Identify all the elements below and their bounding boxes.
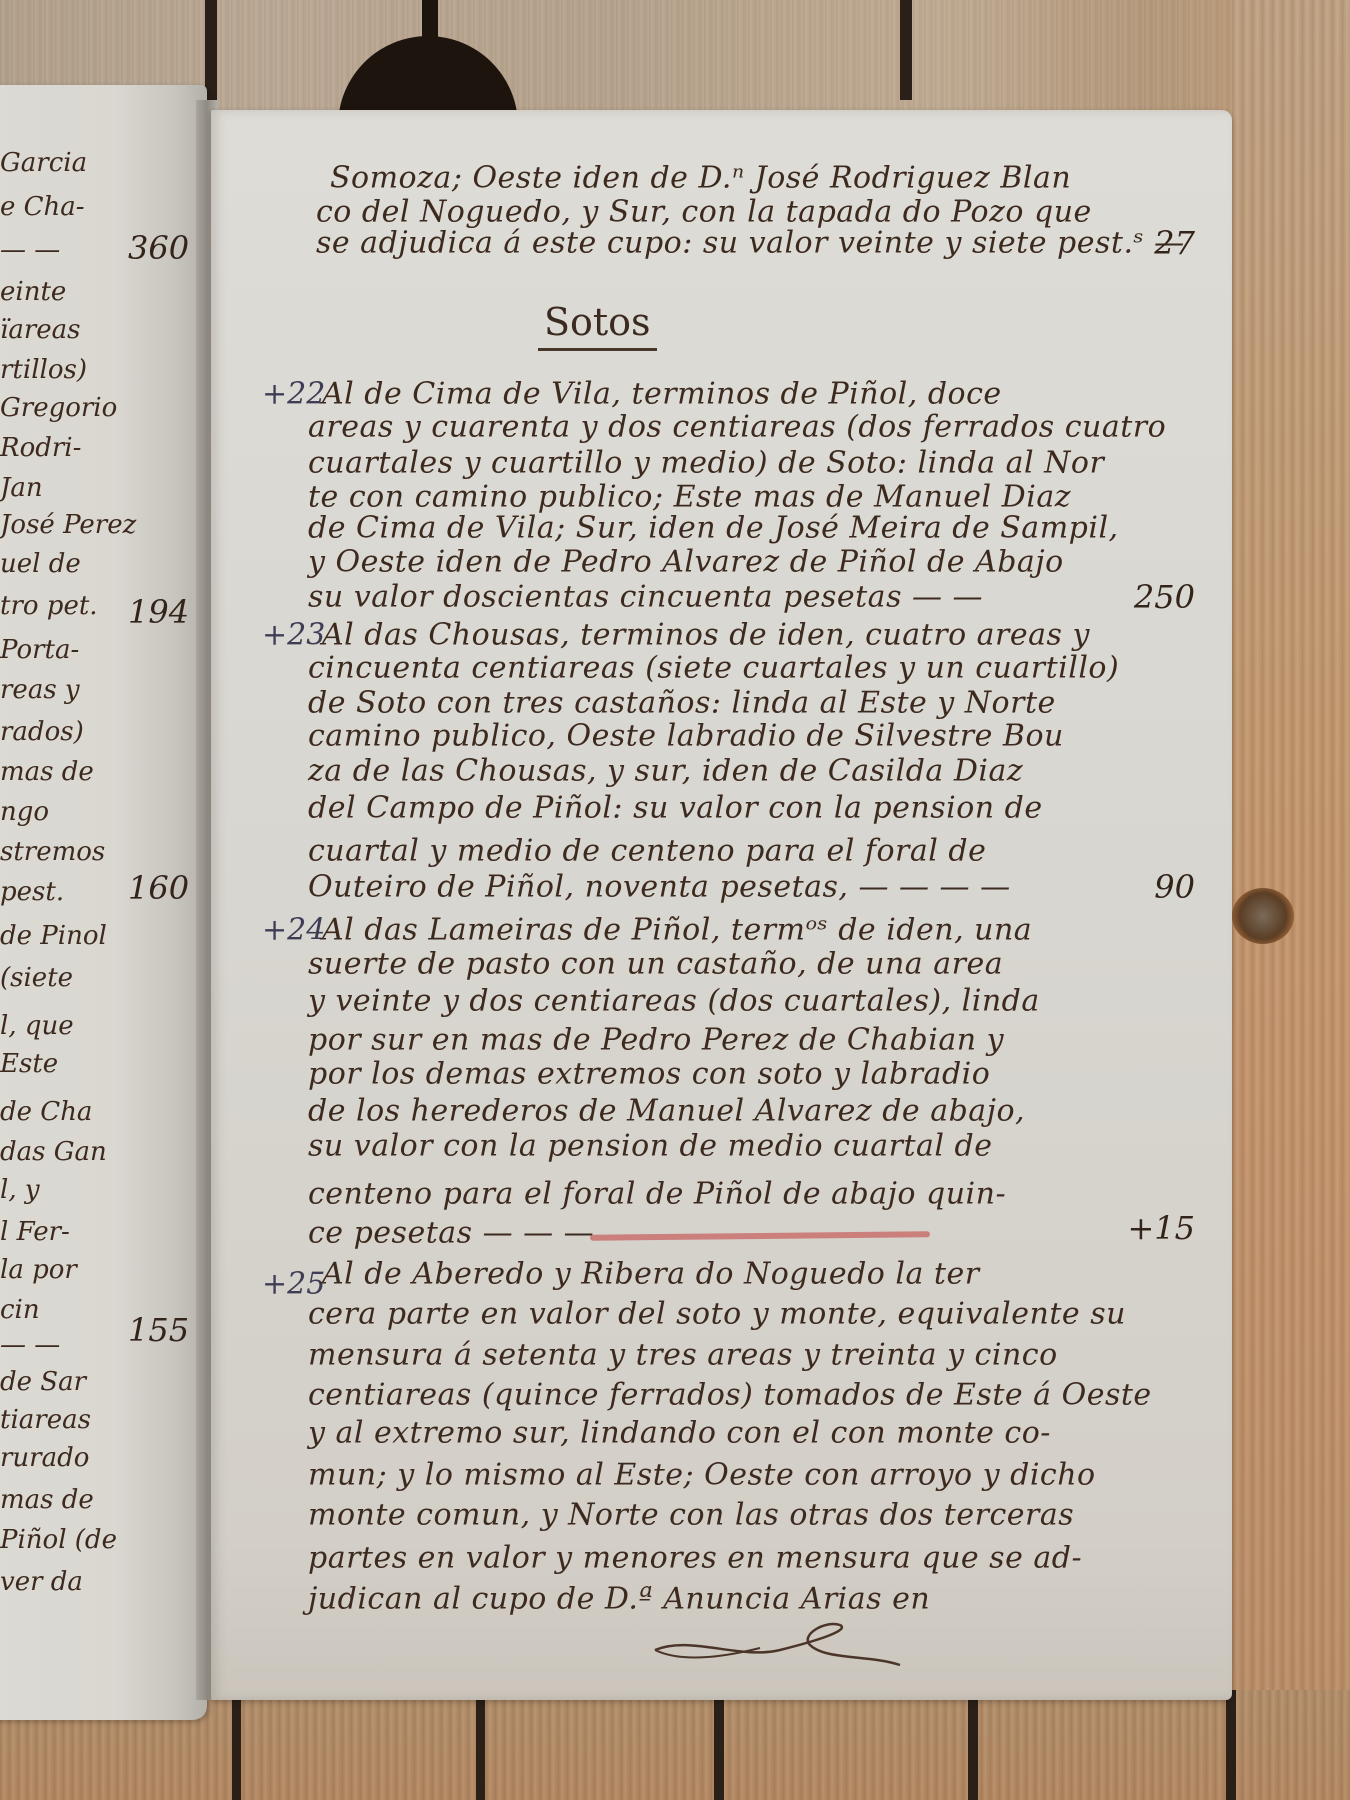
left-page-line: Este (0, 1049, 58, 1079)
left-page-line: Piñol (de (0, 1525, 117, 1555)
plank-gap (968, 1690, 978, 1800)
text-line: de Soto con tres castaños: linda al Este… (308, 686, 1056, 721)
amount-value: 250 (1134, 578, 1195, 616)
left-page-line: pest. (0, 877, 64, 907)
text-line: por los demas extremos con soto y labrad… (308, 1057, 990, 1092)
left-page-line: rados) (0, 717, 84, 747)
left-page-line: Jan (0, 473, 43, 503)
left-page-line: Porta- (0, 635, 79, 665)
text-line: areas y cuarenta y dos centiareas (dos f… (308, 410, 1166, 445)
left-page-line: ïareas (0, 315, 80, 345)
left-page-line: reas y (0, 675, 80, 705)
text-line: monte comun, y Norte con las otras dos t… (308, 1498, 1074, 1533)
text-line: centiareas (quince ferrados) tomados de … (308, 1378, 1152, 1413)
plank-gap (1226, 1690, 1236, 1800)
left-page-line: Garcia (0, 148, 87, 178)
left-page-line: mas de (0, 757, 94, 787)
text-line: del Campo de Piñol: su valor con la pens… (308, 791, 1043, 826)
left-page-line: ngo (0, 797, 49, 827)
closing-flourish-icon (650, 1620, 910, 1680)
text-line: Al de Aberedo y Ribera do Noguedo la ter (322, 1257, 980, 1292)
left-page-line: de Pinol (0, 921, 107, 951)
text-line: Al de Cima de Vila, terminos de Piñol, d… (322, 377, 1002, 412)
text-line: Somoza; Oeste iden de D.ⁿ José Rodriguez… (330, 161, 1071, 196)
plank-gap (476, 1690, 485, 1800)
left-page-amount: 160 (128, 869, 189, 907)
text-line: Al das Lameiras de Piñol, termᵒˢ de iden… (322, 913, 1032, 948)
entry-number: +22 (262, 377, 325, 412)
plank-gap (714, 1690, 724, 1800)
amount-value: 90 (1154, 868, 1195, 906)
text-line: y veinte y dos centiareas (dos cuartales… (308, 984, 1040, 1019)
text-line: partes en valor y menores en mensura que… (308, 1541, 1082, 1576)
left-page-line: Rodri- (0, 433, 81, 463)
left-page-line: rurado (0, 1443, 89, 1473)
text-line: de Cima de Vila; Sur, iden de José Meira… (308, 511, 1119, 546)
section-heading: Sotos (538, 300, 657, 351)
left-page-line: ver da (0, 1567, 83, 1597)
plank-gap (232, 1690, 241, 1800)
left-page-line: José Perez (0, 510, 136, 540)
left-page-line: uel de (0, 549, 81, 579)
amount-value: 27 (1154, 224, 1195, 262)
text-line: centeno para el foral de Piñol de abajo … (308, 1177, 1006, 1212)
left-page-line: l Fer- (0, 1217, 70, 1247)
text-line: te con camino publico; Este mas de Manue… (308, 480, 1071, 515)
left-page-amount: 194 (128, 593, 189, 631)
text-line: za de las Chousas, y sur, iden de Casild… (308, 754, 1023, 789)
text-line: cincuenta centiareas (siete cuartales y … (308, 651, 1119, 686)
text-line: co del Noguedo, y Sur, con la tapada do … (316, 195, 1092, 230)
text-line: mun; y lo mismo al Este; Oeste con arroy… (308, 1458, 1096, 1493)
plank-gap (205, 0, 217, 100)
left-page-line: tro pet. (0, 591, 98, 621)
text-line: de los herederos de Manuel Alvarez de ab… (308, 1094, 1025, 1129)
left-page-line: das Gan (0, 1137, 107, 1167)
left-page-line: de Cha (0, 1097, 92, 1127)
text-line: y Oeste iden de Pedro Alvarez de Piñol d… (308, 545, 1064, 580)
left-page-line: la por (0, 1255, 77, 1285)
text-line: por sur en mas de Pedro Perez de Chabian… (308, 1023, 1004, 1058)
left-page-line: rtillos) (0, 355, 87, 385)
text-line: cuartales y cuartillo y medio) de Soto: … (308, 446, 1104, 481)
entry-number: +24 (262, 913, 325, 948)
text-line: se adjudica á este cupo: su valor veinte… (316, 226, 1185, 261)
left-page-amount: 360 (128, 229, 189, 267)
left-page-line: e Cha- (0, 192, 85, 222)
left-page-amount: 155 (128, 1311, 189, 1349)
left-page-line: l, que (0, 1011, 74, 1041)
text-line: su valor con la pension de medio cuartal… (308, 1129, 993, 1164)
text-line: judican al cupo de D.ª Anuncia Arias en (308, 1582, 930, 1617)
left-page-line: — — (0, 235, 60, 265)
text-line: su valor doscientas cincuenta pesetas — … (308, 580, 983, 615)
text-line: y al extremo sur, lindando con el con mo… (308, 1416, 1051, 1451)
text-line: suerte de pasto con un castaño, de una a… (308, 947, 1003, 982)
left-page-line: mas de (0, 1485, 94, 1515)
left-page-line: (siete (0, 963, 73, 993)
left-page-line: cin (0, 1295, 40, 1325)
text-line: Outeiro de Piñol, noventa pesetas, — — —… (308, 870, 1011, 905)
amount-value: +15 (1127, 1209, 1195, 1247)
text-line: cuartal y medio de centeno para el foral… (308, 834, 986, 869)
text-line: cera parte en valor del soto y monte, eq… (308, 1297, 1126, 1332)
entry-number: +23 (262, 618, 325, 653)
text-line: camino publico, Oeste labradio de Silves… (308, 719, 1064, 754)
wood-knot (1232, 888, 1294, 944)
left-page-line: — — (0, 1330, 60, 1360)
text-line: Al das Chousas, terminos de iden, cuatro… (322, 618, 1090, 653)
left-page-line: l, y (0, 1175, 40, 1205)
left-page-line: Gregorio (0, 393, 117, 423)
left-page-line: de Sar (0, 1367, 86, 1397)
left-page-line: einte (0, 277, 66, 307)
left-page-line: tiareas (0, 1405, 91, 1435)
text-line: mensura á setenta y tres areas y treinta… (308, 1338, 1058, 1373)
text-line: ce pesetas — — — (308, 1216, 594, 1251)
left-page-line: stremos (0, 837, 105, 867)
plank-gap (900, 0, 912, 100)
